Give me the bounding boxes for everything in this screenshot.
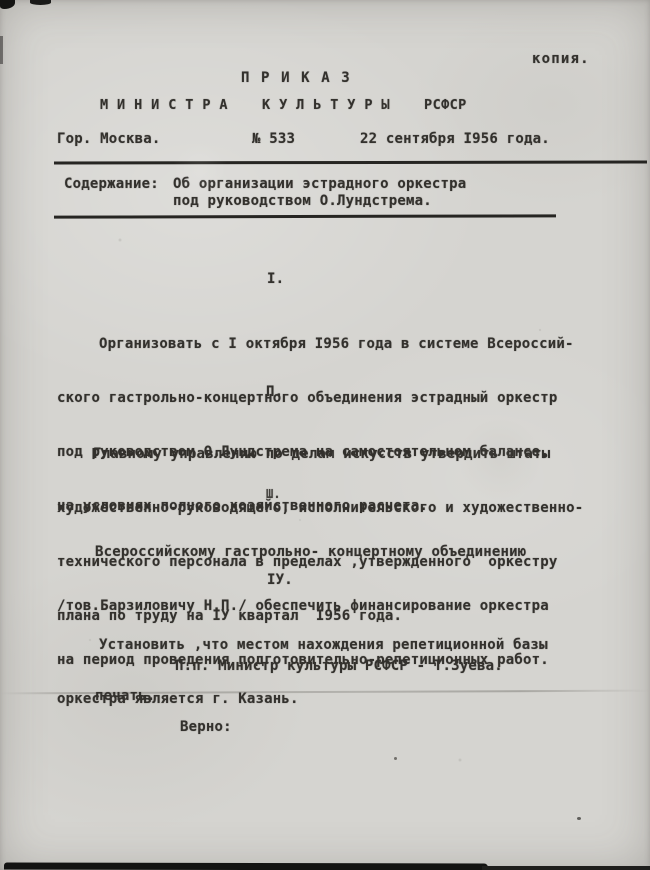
city-label: Гор. Москва. bbox=[57, 130, 161, 148]
scan-artifact-left-smudge bbox=[0, 36, 3, 64]
order-date: 22 сентября I956 года. bbox=[360, 130, 550, 148]
copy-stamp: копия. bbox=[532, 50, 590, 68]
section-line: Установить ,что местом нахождения репети… bbox=[57, 636, 548, 654]
section-line: Организовать с I октября I956 года в сис… bbox=[57, 335, 574, 353]
scan-artifact-bottom-band-right bbox=[482, 866, 650, 870]
scanned-order-document: копия. П Р И К А З М И Н И С Т Р А К У Л… bbox=[0, 0, 650, 870]
seal-note: печать. bbox=[95, 687, 155, 705]
section-heading-2: П. bbox=[266, 383, 283, 401]
scan-artifact-bottom-band bbox=[4, 862, 488, 870]
subject-line: под руководством О.Лундстрема. bbox=[173, 192, 432, 210]
scan-artifact-corner-blob bbox=[0, 0, 15, 9]
certified-label: Верно: bbox=[180, 718, 232, 736]
section-line: Всероссийскому гастрольно- концертному о… bbox=[57, 543, 549, 561]
subject-divider bbox=[54, 214, 556, 218]
header-divider bbox=[54, 160, 647, 164]
subject-line: Об организации эстрадного оркестра bbox=[173, 175, 466, 193]
signature-line: П.п. Министр культуры РСФСР - Т.Зуева. bbox=[175, 657, 503, 675]
section-heading-4: IУ. bbox=[267, 571, 293, 589]
subject-label: Содержание: bbox=[64, 175, 159, 193]
order-subtitle: М И Н И С Т Р А К У Л Ь Т У Р Ы РСФСР bbox=[100, 96, 467, 114]
section-line: Главному управлению по делам искусств ут… bbox=[57, 445, 583, 463]
section-line: ского гастрольно-концертного объединения… bbox=[57, 389, 574, 407]
order-number: № 533 bbox=[252, 130, 295, 148]
scan-artifact-corner-dash bbox=[30, 0, 51, 5]
section-heading-3: Ш. bbox=[266, 485, 281, 503]
order-title: П Р И К А З bbox=[241, 69, 351, 87]
scan-artifact-speck bbox=[577, 817, 581, 820]
section-heading-1: I. bbox=[267, 270, 284, 288]
scan-artifact-speck bbox=[394, 757, 397, 760]
